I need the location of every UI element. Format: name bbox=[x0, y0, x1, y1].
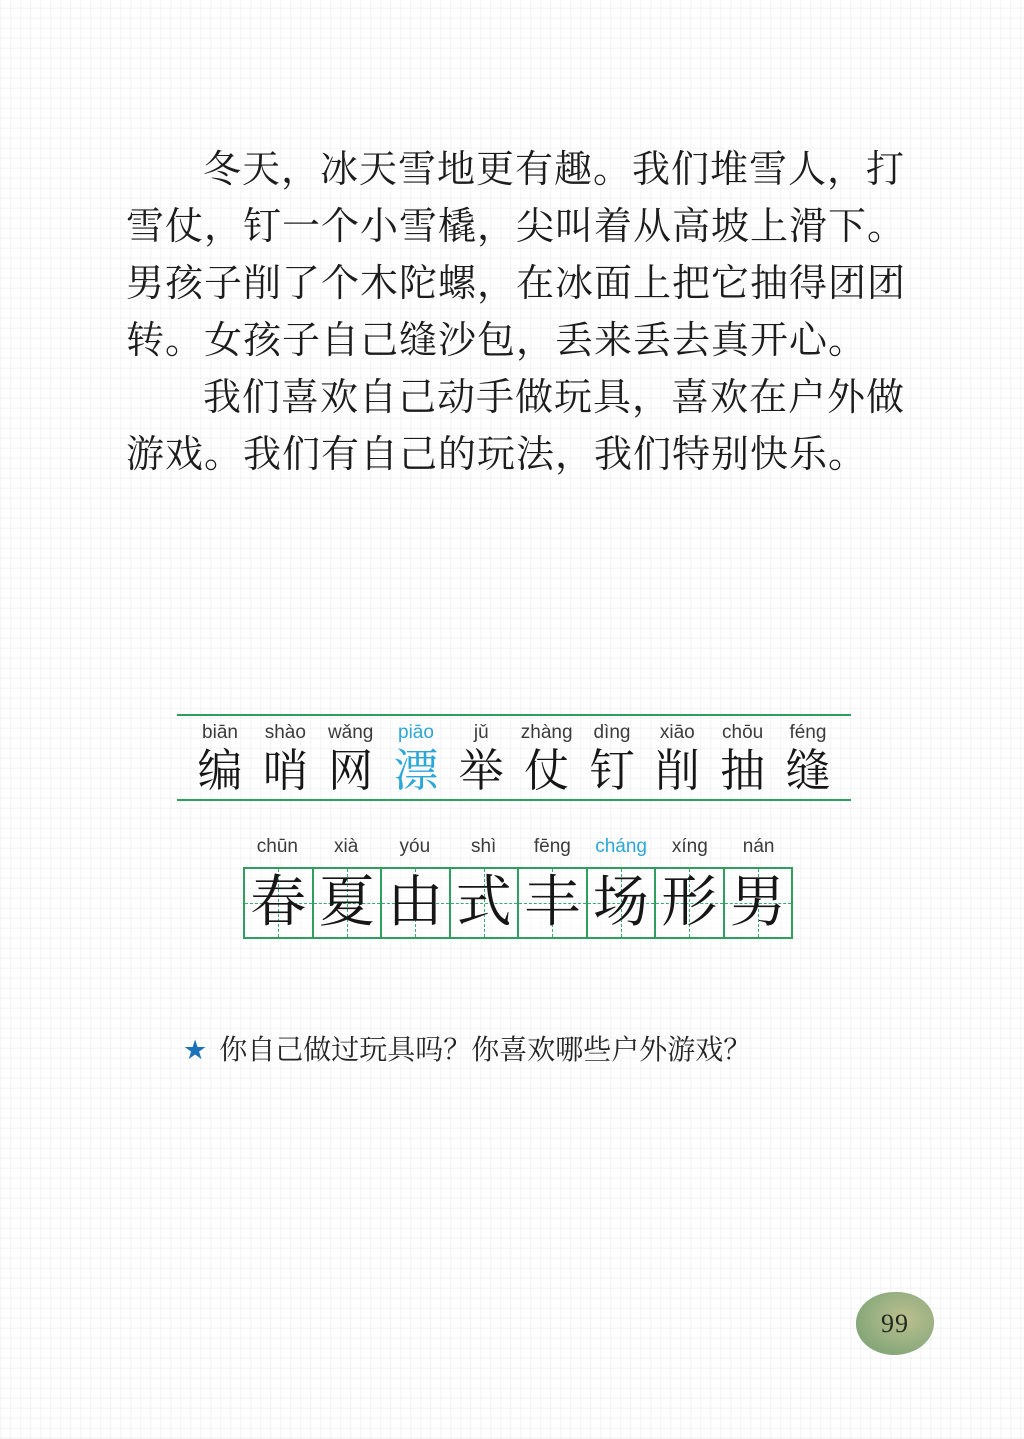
hanzi-character: 丰 bbox=[524, 870, 580, 936]
hanzi-character: 由 bbox=[387, 870, 443, 936]
hanzi-character: 哨 bbox=[263, 745, 308, 797]
recognition-row: biān 编 shào 哨 wǎng 网 piāo 漂 jǔ 举 zhàng 仗 bbox=[194, 721, 834, 797]
hanzi-character: 钉 bbox=[589, 745, 634, 797]
pinyin-label: shì bbox=[449, 835, 518, 859]
hanzi-character: 抽 bbox=[720, 745, 765, 797]
hanzi-character: 春 bbox=[250, 870, 306, 936]
question-text: 你自己做过玩具吗？你喜欢哪些户外游戏？ bbox=[219, 1034, 751, 1068]
text-line: 我们喜欢自己动手做玩具，喜欢在户外做 bbox=[126, 370, 918, 427]
pinyin-label: nán bbox=[724, 835, 793, 859]
recognition-item: wǎng 网 bbox=[325, 721, 377, 797]
hanzi-character: 男 bbox=[730, 870, 786, 936]
pinyin-label: xiāo bbox=[660, 721, 695, 745]
grid-cell: 男 bbox=[723, 869, 792, 937]
recognition-item: piāo 漂 bbox=[390, 721, 442, 797]
recognition-item: féng 缝 bbox=[782, 721, 834, 797]
pinyin-label: wǎng bbox=[328, 721, 373, 745]
pinyin-label: fēng bbox=[518, 835, 587, 859]
pinyin-label: chūn bbox=[243, 835, 312, 859]
recognition-characters-band: biān 编 shào 哨 wǎng 网 piāo 漂 jǔ 举 zhàng 仗 bbox=[177, 714, 851, 801]
pinyin-label: piāo bbox=[398, 721, 434, 745]
hanzi-character: 编 bbox=[197, 745, 242, 797]
hanzi-character: 网 bbox=[328, 745, 373, 797]
text-line: 游戏。我们有自己的玩法，我们特别快乐。 bbox=[126, 427, 918, 484]
hanzi-character: 夏 bbox=[319, 870, 375, 936]
pinyin-label: xíng bbox=[656, 835, 725, 859]
hanzi-character: 漂 bbox=[393, 745, 438, 797]
recognition-item: jǔ 举 bbox=[455, 721, 507, 797]
recognition-item: dìng 钉 bbox=[586, 721, 638, 797]
pinyin-label: xià bbox=[312, 835, 381, 859]
writing-grid-pinyin-row: chūn xià yóu shì fēng cháng xíng nán bbox=[243, 835, 793, 859]
textbook-page: 冬天，冰天雪地更有趣。我们堆雪人，打 雪仗，钉一个小雪橇，尖叫着从高坡上滑下。 … bbox=[0, 0, 1024, 1439]
page-number-badge: 99 bbox=[856, 1292, 934, 1355]
hanzi-character: 举 bbox=[459, 745, 504, 797]
grid-cell: 场 bbox=[586, 869, 655, 937]
grid-cell: 丰 bbox=[517, 869, 586, 937]
pinyin-label: yóu bbox=[381, 835, 450, 859]
page-number: 99 bbox=[881, 1309, 909, 1339]
main-reading-text: 冬天，冰天雪地更有趣。我们堆雪人，打 雪仗，钉一个小雪橇，尖叫着从高坡上滑下。 … bbox=[126, 142, 918, 484]
star-icon: ★ bbox=[183, 1034, 207, 1068]
grid-cell: 夏 bbox=[312, 869, 381, 937]
pinyin-label: dìng bbox=[593, 721, 630, 745]
text-line: 冬天，冰天雪地更有趣。我们堆雪人，打 bbox=[126, 142, 918, 199]
grid-cell: 式 bbox=[449, 869, 518, 937]
recognition-item: zhàng 仗 bbox=[521, 721, 573, 797]
hanzi-character: 场 bbox=[593, 870, 649, 936]
pinyin-label: shào bbox=[265, 721, 306, 745]
text-line: 转。女孩子自己缝沙包，丢来丢去真开心。 bbox=[126, 313, 918, 370]
grid-cell: 形 bbox=[654, 869, 723, 937]
pinyin-label: zhàng bbox=[521, 721, 573, 745]
pinyin-label: chōu bbox=[722, 721, 763, 745]
hanzi-character: 削 bbox=[655, 745, 700, 797]
hanzi-character: 形 bbox=[661, 870, 717, 936]
text-line: 雪仗，钉一个小雪橇，尖叫着从高坡上滑下。 bbox=[126, 199, 918, 256]
recognition-item: xiāo 削 bbox=[651, 721, 703, 797]
recognition-item: biān 编 bbox=[194, 721, 246, 797]
writing-character-grid: 春 夏 由 式 丰 场 形 男 bbox=[243, 867, 793, 939]
recognition-item: chōu 抽 bbox=[717, 721, 769, 797]
recognition-item: shào 哨 bbox=[259, 721, 311, 797]
grid-cell: 春 bbox=[245, 869, 312, 937]
hanzi-character: 式 bbox=[456, 870, 512, 936]
pinyin-label: biān bbox=[202, 721, 238, 745]
hanzi-character: 仗 bbox=[524, 745, 569, 797]
discussion-question: ★ 你自己做过玩具吗？你喜欢哪些户外游戏？ bbox=[183, 1034, 751, 1068]
text-line: 男孩子削了个木陀螺，在冰面上把它抽得团团 bbox=[126, 256, 918, 313]
pinyin-label: cháng bbox=[587, 835, 656, 859]
pinyin-label: féng bbox=[789, 721, 826, 745]
pinyin-label: jǔ bbox=[474, 721, 489, 745]
grid-cell: 由 bbox=[380, 869, 449, 937]
hanzi-character: 缝 bbox=[785, 745, 830, 797]
